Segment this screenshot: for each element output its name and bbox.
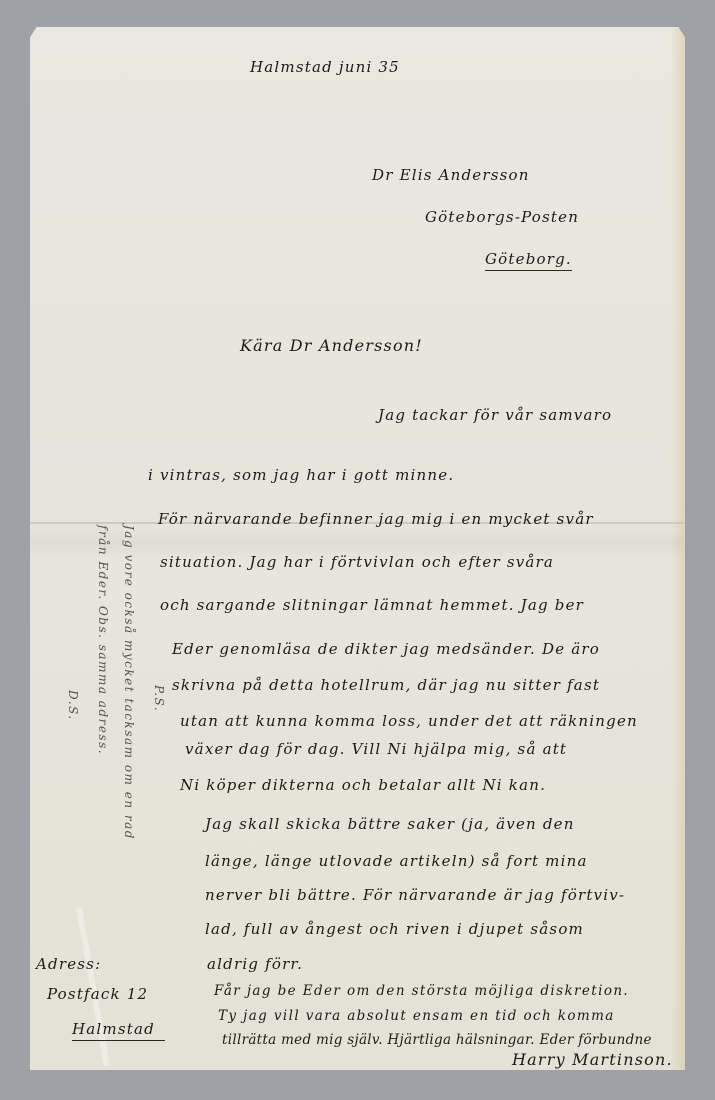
recipient-name: Dr Elis Andersson <box>372 166 530 184</box>
body-line-2: i vintras, som jag har i gott minne. <box>148 466 454 484</box>
body-line-16: Får jag be Eder om den största möjliga d… <box>214 983 629 999</box>
body-line-10: Ni köper dikterna och betalar allt Ni ka… <box>180 776 546 794</box>
address-line-2: Halmstad <box>72 1020 165 1041</box>
body-line-6: Eder genomläsa de dikter jag medsänder. … <box>172 640 600 658</box>
body-line-17: Ty jag vill vara absolut ensam en tid oc… <box>218 1008 615 1024</box>
postscript-line-1: Jag vore också mycket tacksam om en rad <box>122 525 136 840</box>
body-line-4: situation. Jag har i förtvivlan och efte… <box>160 553 554 571</box>
address-label: Adress: <box>36 955 101 973</box>
postscript-line-2: från Eder. Obs. samma adress. <box>96 525 110 755</box>
body-line-8: utan att kunna komma loss, under det att… <box>180 712 638 730</box>
recipient-organization: Göteborgs-Posten <box>425 208 579 226</box>
body-line-7: skrivna på detta hotellrum, där jag nu s… <box>172 676 600 694</box>
body-line-18: tillrätta med mig själv. Hjärtliga hälsn… <box>222 1032 652 1048</box>
body-line-3: För närvarande befinner jag mig i en myc… <box>158 510 594 528</box>
address-line-1: Postfack 12 <box>47 985 148 1003</box>
body-line-9: växer dag för dag. Vill Ni hjälpa mig, s… <box>185 740 567 758</box>
postscript-label-ps: P.S. <box>152 685 166 712</box>
body-line-13: nerver bli bättre. För närvarande är jag… <box>205 886 625 904</box>
place-date: Halmstad juni 35 <box>250 58 400 76</box>
postscript-label-ds: D.S. <box>66 690 80 721</box>
body-line-14: lad, full av ångest och riven i djupet s… <box>205 920 584 938</box>
body-line-12: länge, länge utlovade artikeln) så fort … <box>205 852 588 870</box>
body-line-15: aldrig förr. <box>207 955 303 973</box>
body-line-1: Jag tackar för vår samvaro <box>378 406 612 424</box>
body-line-11: Jag skall skicka bättre saker (ja, även … <box>205 815 575 833</box>
recipient-city: Göteborg. <box>485 250 572 271</box>
salutation: Kära Dr Andersson! <box>240 336 423 355</box>
body-line-5: och sargande slitningar lämnat hemmet. J… <box>160 596 584 614</box>
signature: Harry Martinson. <box>512 1050 673 1069</box>
